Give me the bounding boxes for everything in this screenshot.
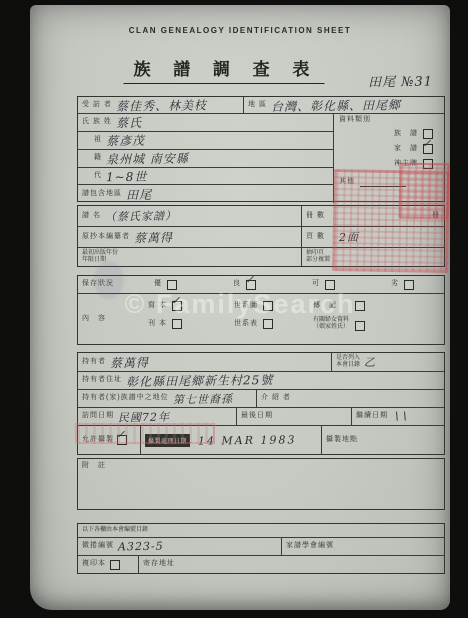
coverage-label: 譜包含地區	[82, 190, 122, 198]
owner-address-label: 持有者住址	[82, 376, 122, 384]
condition-good-label: 良	[233, 280, 241, 288]
material-option-other-label: 其他	[339, 178, 355, 186]
remarks-label: 附 註	[82, 462, 106, 470]
office-note-label: 以下各欄由本會編號目錄	[82, 527, 148, 534]
volumes-label: 冊 數	[306, 212, 325, 220]
material-option-tablet: 神主牌	[339, 159, 439, 169]
listed-label-2: 本會目錄	[336, 362, 360, 369]
volumes-unit: 冊	[432, 212, 440, 220]
genealogy-title-label: 譜 名	[82, 212, 101, 220]
interviewee-value: 蔡佳秀、林美枝	[116, 96, 207, 114]
continue-date-label: 繼續日期	[356, 412, 388, 420]
permission-checkbox: ✓	[117, 435, 127, 445]
condition-poor-label: 劣	[391, 280, 399, 288]
pedigree-chart-label: 世系圖	[234, 302, 258, 310]
ancestor-value: 蔡彥茂	[106, 132, 145, 150]
interviewee-row: 受 訪 者 蔡佳秀、林美枝 地 區 台灣、彰化縣、田尾鄉	[78, 97, 444, 114]
compiler-row: 原抄本編纂者 蔡萬得 頁 數 2面	[78, 227, 444, 248]
office-note-row: 以下各欄由本會編號目錄	[78, 524, 444, 538]
origin-label: 籍	[94, 154, 102, 162]
condition-poor-checkbox	[404, 280, 414, 290]
compiler-value: 蔡萬得	[134, 228, 173, 246]
extract-label-1: 抽印頁	[306, 250, 330, 257]
biography-option: 傳 記	[313, 301, 365, 311]
volume-info-table: 譜 名 （蔡氏家譜） 冊 數 冊 原抄本編纂者 蔡萬得 頁 數 2面 最初出版年…	[77, 205, 445, 267]
filming-location-label: 攝製地點	[326, 436, 358, 444]
manuscript-checkbox: ✓	[172, 301, 182, 311]
english-title: CLAN GENEALOGY IDENTIFICATION SHEET	[30, 26, 450, 35]
copy-checkbox	[110, 560, 120, 570]
material-type-header: 資料類別	[339, 116, 439, 124]
biography-checkbox	[355, 301, 365, 311]
manuscript-option: 寫 本 ✓	[148, 301, 182, 311]
film-number-row: 微捲編號 A323-5 家譜學會編號	[78, 538, 444, 556]
coverage-row: 譜包含地區 田尾	[78, 185, 333, 203]
society-number-label: 家譜學會編號	[286, 542, 334, 550]
printed-option: 刊 本	[148, 319, 182, 329]
introducer-label: 介 紹 者	[261, 394, 291, 402]
material-option-tablet-label: 神主牌	[394, 160, 418, 168]
generations-row: 代 1~8世	[78, 168, 333, 185]
family-genealogy-checkmark: ✓	[422, 137, 431, 150]
owner-address-row: 持有者住址 彰化縣田尾鄉新生村25號	[78, 372, 444, 390]
condition-fair-label: 可	[312, 280, 320, 288]
printed-checkbox	[172, 319, 182, 329]
women-records-labels: 有關婦女資料 （娘家姓氏）	[313, 317, 349, 331]
pubyear-label-2: 年限日期	[82, 257, 118, 264]
permission-mark: ✓	[116, 428, 125, 441]
owner-position-row: 持有者(家)族譜中之地位 第七世裔孫 介 紹 者	[78, 390, 444, 408]
origin-value: 泉州城 南安縣	[106, 149, 189, 167]
permission-label: 允許攝製	[82, 436, 114, 444]
material-type-column: 資料類別 族 譜 家 譜 ✓ 神主牌 其他	[333, 114, 444, 203]
condition-table: 保存狀況 優 良 ✓ 可 劣 內 容	[77, 275, 445, 345]
extract-labels: 抽印頁 部分複製	[306, 250, 330, 264]
condition-good-mark: ✓	[245, 273, 254, 286]
content-row: 內 容 寫 本 ✓ 刊 本 世系圖	[78, 294, 444, 345]
biography-label: 傳 記	[313, 302, 337, 310]
pages-label: 頁 數	[306, 233, 325, 241]
condition-excellent: 優	[154, 280, 177, 290]
extract-label-2: 部分複製	[306, 257, 330, 264]
interviewee-cell: 受 訪 者 蔡佳秀、林美枝	[78, 97, 243, 113]
visit-date-label: 訪問日期	[82, 412, 114, 420]
women-records-option: 有關婦女資料 （娘家姓氏）	[313, 317, 365, 331]
pedigree-table-label: 世系表	[234, 320, 258, 328]
area-value: 台灣、彰化縣、田尾鄉	[271, 96, 401, 115]
material-option-family: 家 譜 ✓	[339, 144, 439, 154]
filming-date-label: 攝製處理日期	[145, 434, 190, 447]
owner-label: 持有者	[82, 358, 106, 366]
film-number-value: A323-5	[118, 540, 164, 554]
generations-value: 1~8世	[106, 167, 148, 185]
owner-row: 持有者 蔡萬得 是否列入 本會目錄 乙	[78, 353, 444, 372]
film-number-label: 微捲編號	[82, 542, 114, 550]
pedigree-table-option: 世系表	[234, 319, 273, 329]
women-records-checkbox	[355, 321, 365, 331]
manuscript-label: 寫 本	[148, 302, 167, 310]
pages-value: 2面	[339, 229, 359, 245]
scanned-document: CLAN GENEALOGY IDENTIFICATION SHEET 族 譜 …	[0, 0, 468, 618]
listed-label-1: 是否列入	[336, 355, 360, 362]
filming-row: 允許攝製 ✓ 攝製處理日期 14 MAR 1983 攝製地點	[78, 426, 444, 454]
remarks-box: 附 註	[77, 458, 445, 510]
survey-left-rows: 氏 族 姓 蔡氏 祖 蔡彥茂 籍 泉州城 南安縣 代 1~8世	[78, 114, 333, 203]
area-label: 地 區	[248, 101, 267, 109]
compiler-label: 原抄本編纂者	[82, 233, 130, 241]
condition-excellent-checkbox	[167, 280, 177, 290]
visit-date-value: 民國72年	[118, 408, 170, 425]
interviewee-label: 受 訪 者	[82, 101, 112, 109]
copy-label: 複印本	[82, 560, 106, 568]
office-use-table: 以下各欄由本會編號目錄 微捲編號 A323-5 家譜學會編號 複印本 寄存地址	[77, 523, 445, 574]
pubyear-labels: 最初出版年份 年限日期	[82, 250, 118, 264]
condition-poor: 劣	[391, 280, 414, 290]
owner-address-value: 彰化縣田尾鄉新生村25號	[126, 371, 274, 390]
continue-date-mark: ∖∖	[392, 410, 408, 423]
condition-row: 保存狀況 優 良 ✓ 可 劣	[78, 276, 444, 294]
ancestor-label: 祖	[94, 136, 102, 144]
copy-row: 複印本 寄存地址	[78, 556, 444, 573]
condition-good: 良 ✓	[233, 280, 256, 290]
coverage-value: 田尾	[126, 185, 152, 202]
area-cell: 地 區 台灣、彰化縣、田尾鄉	[243, 97, 444, 113]
ancestor-row: 祖 蔡彥茂	[78, 132, 333, 150]
condition-good-checkbox: ✓	[246, 280, 256, 290]
family-genealogy-checkbox: ✓	[423, 144, 433, 154]
printed-label: 刊 本	[148, 320, 167, 328]
content-col-bio: 傳 記 有關婦女資料 （娘家姓氏）	[313, 301, 365, 331]
form-title: 族 譜 調 查 表	[123, 55, 324, 84]
women-records-sublabel: （娘家姓氏）	[313, 324, 349, 331]
content-col-charts: 世系圖 世系表	[234, 301, 273, 329]
pedigree-chart-option: 世系圖	[234, 301, 273, 311]
listed-labels: 是否列入 本會目錄	[336, 355, 360, 369]
origin-row: 籍 泉州城 南安縣	[78, 150, 333, 168]
clan-row: 氏 族 姓 蔡氏	[78, 114, 333, 132]
condition-fair: 可	[312, 280, 335, 290]
content-label: 內 容	[82, 315, 106, 323]
deposit-address-label: 寄存地址	[143, 560, 175, 568]
ancestral-tablet-checkbox	[423, 159, 433, 169]
material-option-clan-label: 族 譜	[394, 130, 418, 138]
clan-label: 氏 族 姓	[82, 118, 112, 126]
title-row: 譜 名 （蔡氏家譜） 冊 數 冊	[78, 206, 444, 227]
owner-position-label: 持有者(家)族譜中之地位	[82, 394, 169, 402]
manuscript-mark: ✓	[171, 294, 180, 307]
owner-value: 蔡萬得	[110, 353, 149, 371]
material-option-family-label: 家 譜	[394, 145, 418, 153]
pedigree-table-checkbox	[263, 319, 273, 329]
generations-label: 代	[94, 172, 102, 180]
pedigree-chart-checkbox	[263, 301, 273, 311]
condition-excellent-label: 優	[154, 280, 162, 288]
owner-position-value: 第七世裔孫	[173, 390, 233, 407]
survey-info-table: 受 訪 者 蔡佳秀、林美枝 地 區 台灣、彰化縣、田尾鄉 氏 族 姓 蔡氏 祖	[77, 96, 445, 202]
survey-lower: 氏 族 姓 蔡氏 祖 蔡彥茂 籍 泉州城 南安縣 代 1~8世	[78, 114, 444, 203]
form-serial-handwritten: 田尾 №31	[368, 71, 433, 91]
pubyear-label-1: 最初出版年份	[82, 250, 118, 257]
clan-value: 蔡氏	[116, 114, 142, 131]
genealogy-form-page: CLAN GENEALOGY IDENTIFICATION SHEET 族 譜 …	[30, 5, 450, 610]
last-date-label: 最後日期	[241, 412, 273, 420]
owner-table: 持有者 蔡萬得 是否列入 本會目錄 乙 持有者住址 彰化縣田尾鄉新生村25號 持…	[77, 352, 445, 455]
other-blank-line	[360, 177, 406, 187]
filming-date-value: 14 MAR 1983	[198, 433, 297, 447]
condition-label: 保存狀況	[82, 280, 114, 288]
pubyear-row: 最初出版年份 年限日期 抽印頁 部分複製	[78, 248, 444, 266]
condition-fair-checkbox	[325, 280, 335, 290]
content-col-format: 寫 本 ✓ 刊 本	[148, 301, 182, 329]
genealogy-title-value: （蔡氏家譜）	[105, 207, 177, 224]
dates-row: 訪問日期 民國72年 最後日期 繼續日期 ∖∖	[78, 408, 444, 426]
material-option-other: 其他	[339, 177, 439, 187]
listed-handwritten-mark: 乙	[364, 354, 376, 370]
